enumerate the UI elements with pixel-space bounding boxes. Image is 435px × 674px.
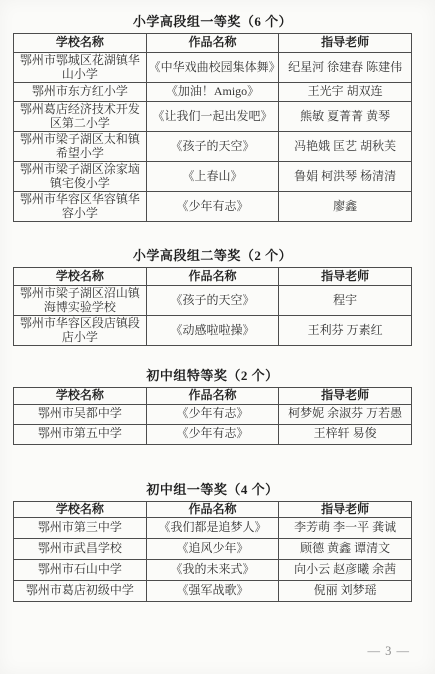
table-header-row: 学校名称 作品名称 指导老师	[14, 388, 412, 405]
teachers-cell: 鲁娟 柯洪琴 杨清清	[279, 162, 412, 192]
column-header-work: 作品名称	[146, 501, 279, 518]
school-name-cell: 鄂州市梁子湖区涂家垴镇宅俊小学	[14, 162, 147, 192]
work-title-cell: 《孩子的天空》	[146, 286, 279, 316]
teachers-cell: 王光宇 胡双连	[279, 83, 412, 102]
school-name-cell: 鄂州市东方红小学	[14, 83, 147, 102]
table-header-row: 学校名称 作品名称 指导老师	[14, 268, 412, 286]
school-name-cell: 鄂州市葛店初级中学	[14, 581, 147, 602]
table-row: 鄂州市梁子湖区太和镇希望小学 《孩子的天空》 冯艳娥 匡艺 胡秋芙	[14, 132, 412, 162]
teachers-cell: 程宇	[279, 286, 412, 316]
table-row: 鄂州葛店经济技术开发区第二小学 《让我们一起出发吧》 熊敏 夏菁菁 黄琴	[14, 102, 412, 132]
teachers-cell: 廖鑫	[279, 192, 412, 222]
work-title-cell: 《少年有志》	[146, 404, 279, 424]
school-name-cell: 鄂州葛店经济技术开发区第二小学	[14, 102, 147, 132]
teachers-cell: 王利芬 万素红	[279, 316, 412, 346]
teachers-cell: 王梓轩 易俊	[279, 424, 412, 444]
awards-table-4: 学校名称 作品名称 指导老师 鄂州市第三中学 《我们都是追梦人》 李芳萌 李一平…	[13, 501, 412, 603]
teachers-cell: 冯艳娥 匡艺 胡秋芙	[279, 132, 412, 162]
column-header-school: 学校名称	[14, 268, 147, 286]
column-header-teachers: 指导老师	[279, 268, 412, 286]
school-name-cell: 鄂州市吴都中学	[14, 404, 147, 424]
work-title-cell: 《孩子的天空》	[146, 132, 279, 162]
table-header-row: 学校名称 作品名称 指导老师	[14, 501, 412, 518]
award-section-title-4: 初中组一等奖（4 个）	[13, 482, 412, 498]
school-name-cell: 鄂州市鄂城区花湖镇华山小学	[14, 53, 147, 83]
school-name-cell: 鄂州市石山中学	[14, 560, 147, 581]
table-row: 鄂州市华容区华容镇华容小学 《少年有志》 廖鑫	[14, 192, 412, 222]
teachers-cell: 顾德 黄鑫 谭清文	[279, 539, 412, 560]
column-header-school: 学校名称	[14, 501, 147, 518]
school-name-cell: 鄂州市武昌学校	[14, 539, 147, 560]
school-name-cell: 鄂州市梁子湖区太和镇希望小学	[14, 132, 147, 162]
work-title-cell: 《加油！Amigo》	[146, 83, 279, 102]
work-title-cell: 《追风少年》	[146, 539, 279, 560]
column-header-teachers: 指导老师	[279, 34, 412, 53]
table-row: 鄂州市葛店初级中学 《强军战歌》 倪丽 刘梦瑶	[14, 581, 412, 602]
page-number: — 3 —	[13, 644, 410, 659]
award-section-title-1: 小学高段组一等奖（6 个）	[13, 0, 412, 30]
table-row: 鄂州市鄂城区花湖镇华山小学 《中华戏曲校园集体舞》 纪星河 徐建春 陈建伟	[14, 53, 412, 83]
column-header-work: 作品名称	[146, 34, 279, 53]
table-row: 鄂州市华容区段店镇段店小学 《动感啦啦操》 王利芬 万素红	[14, 316, 412, 346]
teachers-cell: 纪星河 徐建春 陈建伟	[279, 53, 412, 83]
work-title-cell: 《我的未来式》	[146, 560, 279, 581]
award-section-title-2: 小学高段组二等奖（2 个）	[13, 248, 412, 264]
work-title-cell: 《我们都是追梦人》	[146, 518, 279, 539]
work-title-cell: 《中华戏曲校园集体舞》	[146, 53, 279, 83]
table-row: 鄂州市东方红小学 《加油！Amigo》 王光宇 胡双连	[14, 83, 412, 102]
column-header-work: 作品名称	[146, 388, 279, 405]
work-title-cell: 《上春山》	[146, 162, 279, 192]
school-name-cell: 鄂州市华容区段店镇段店小学	[14, 316, 147, 346]
work-title-cell: 《强军战歌》	[146, 581, 279, 602]
column-header-work: 作品名称	[146, 268, 279, 286]
teachers-cell: 李芳萌 李一平 龚诚	[279, 518, 412, 539]
table-row: 鄂州市吴都中学 《少年有志》 柯梦妮 余淑芬 万若愚	[14, 404, 412, 424]
school-name-cell: 鄂州市华容区华容镇华容小学	[14, 192, 147, 222]
school-name-cell: 鄂州市第五中学	[14, 424, 147, 444]
column-header-school: 学校名称	[14, 388, 147, 405]
table-header-row: 学校名称 作品名称 指导老师	[14, 34, 412, 53]
table-row: 鄂州市石山中学 《我的未来式》 向小云 赵彦曦 余茜	[14, 560, 412, 581]
teachers-cell: 柯梦妮 余淑芬 万若愚	[279, 404, 412, 424]
table-row: 鄂州市梁子湖区沼山镇海博实验学校 《孩子的天空》 程宇	[14, 286, 412, 316]
column-header-teachers: 指导老师	[279, 501, 412, 518]
table-row: 鄂州市第三中学 《我们都是追梦人》 李芳萌 李一平 龚诚	[14, 518, 412, 539]
work-title-cell: 《少年有志》	[146, 424, 279, 444]
table-row: 鄂州市武昌学校 《追风少年》 顾德 黄鑫 谭清文	[14, 539, 412, 560]
table-row: 鄂州市梁子湖区涂家垴镇宅俊小学 《上春山》 鲁娟 柯洪琴 杨清清	[14, 162, 412, 192]
work-title-cell: 《动感啦啦操》	[146, 316, 279, 346]
column-header-teachers: 指导老师	[279, 388, 412, 405]
teachers-cell: 向小云 赵彦曦 余茜	[279, 560, 412, 581]
school-name-cell: 鄂州市第三中学	[14, 518, 147, 539]
table-row: 鄂州市第五中学 《少年有志》 王梓轩 易俊	[14, 424, 412, 444]
awards-table-3: 学校名称 作品名称 指导老师 鄂州市吴都中学 《少年有志》 柯梦妮 余淑芬 万若…	[13, 387, 412, 445]
awards-table-1: 学校名称 作品名称 指导老师 鄂州市鄂城区花湖镇华山小学 《中华戏曲校园集体舞》…	[13, 33, 412, 222]
teachers-cell: 熊敏 夏菁菁 黄琴	[279, 102, 412, 132]
awards-table-2: 学校名称 作品名称 指导老师 鄂州市梁子湖区沼山镇海博实验学校 《孩子的天空》 …	[13, 267, 412, 346]
document-page: 小学高段组一等奖（6 个） 学校名称 作品名称 指导老师 鄂州市鄂城区花湖镇华山…	[0, 0, 435, 674]
teachers-cell: 倪丽 刘梦瑶	[279, 581, 412, 602]
work-title-cell: 《少年有志》	[146, 192, 279, 222]
school-name-cell: 鄂州市梁子湖区沼山镇海博实验学校	[14, 286, 147, 316]
work-title-cell: 《让我们一起出发吧》	[146, 102, 279, 132]
award-section-title-3: 初中组特等奖（2 个）	[13, 368, 412, 384]
column-header-school: 学校名称	[14, 34, 147, 53]
